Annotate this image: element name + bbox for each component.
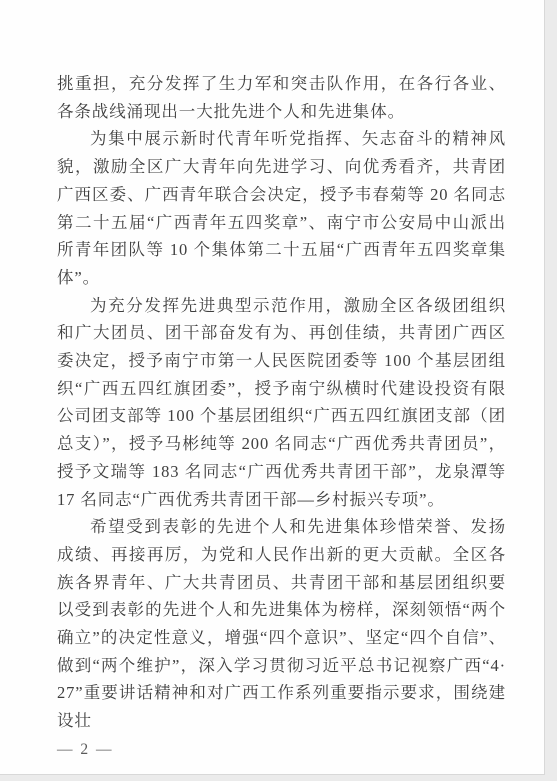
document-page: 挑重担，充分发挥了生力军和突击队作用，在各行各业、各条战线涌现出一大批先进个人和…: [0, 0, 545, 775]
paragraph-continuation: 挑重担，充分发挥了生力军和突击队作用，在各行各业、各条战线涌现出一大批先进个人和…: [57, 70, 506, 125]
paragraph-closing-exhortation: 希望受到表彰的先进个人和先进集体珍惜荣誉、发扬成绩、再接再厉，为党和人民作出新的…: [57, 513, 506, 735]
paragraph-league-commendations: 为充分发挥先进典型示范作用，激励全区各级团组织和广大团员、团干部奋发有为、再创佳…: [57, 292, 506, 514]
page-number: — 2 —: [57, 736, 506, 764]
paragraph-youth-medal-awards: 为集中展示新时代青年听党指挥、矢志奋斗的精神风貌，激励全区广大青年向先进学习、向…: [57, 125, 506, 291]
document-body-text: 挑重担，充分发挥了生力军和突击队作用，在各行各业、各条战线涌现出一大批先进个人和…: [57, 70, 506, 764]
